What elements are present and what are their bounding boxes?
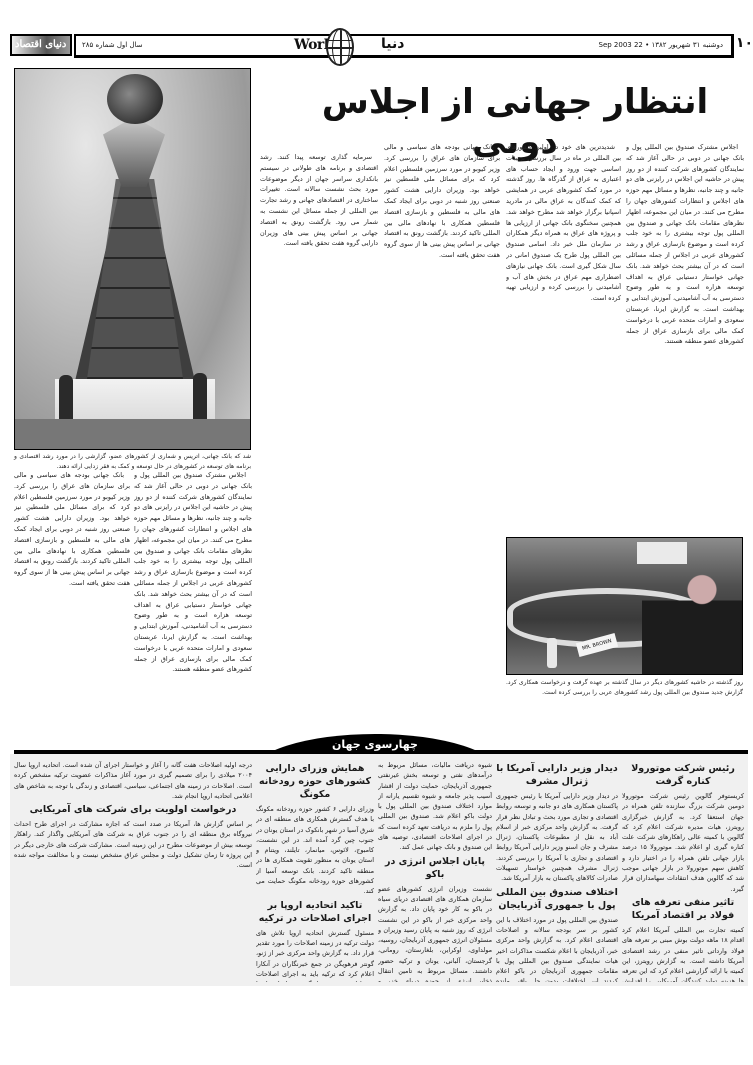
brief-subhead: تاکید اتحادیه اروپا بر اجرای اصلاحات در …	[256, 899, 374, 925]
brief-subhead: درخواست اولویت برای شرکت های آمریکایی	[14, 803, 252, 816]
projection-screen	[637, 542, 687, 564]
brief-body: شیوه دریافت مالیات، مسائل مربوط به درآمد…	[378, 760, 492, 853]
brief-headline: رئیس شرکت موتورولا کناره گرفت	[622, 762, 744, 788]
story-paragraph: شدیدترین های خود در اولین کشورهای بین ال…	[506, 142, 621, 304]
story-column-2: شدیدترین های خود در اولین کشورهای بین ال…	[506, 142, 621, 532]
brief-body: مسئول گسترش اتحادیه اروپا تلاش های دولت …	[256, 928, 374, 982]
masthead-bar: سال اول شماره ۲۸۵ World دنیا دوشنبه ۳۱ ش…	[74, 34, 734, 58]
photo2-caption: روز گذشته در حاشیه کشورهای دیگر در سال گ…	[506, 678, 743, 698]
water-bottle	[547, 638, 557, 668]
tower-photo	[14, 68, 251, 450]
story-paragraph: بانک جهانی بودجه های سیاسی و مالی برای س…	[14, 470, 130, 589]
brief-body: صندوق بین المللی پول در مورد اختلاف با ا…	[496, 915, 618, 982]
masthead: دنیای اقتصاد سال اول شماره ۲۸۵ World دنی…	[8, 34, 753, 58]
brief-column-3: شیوه دریافت مالیات، مسائل مربوط به درآمد…	[378, 760, 492, 982]
issue-number: سال اول شماره ۲۸۵	[82, 41, 143, 49]
story-column-3: بانک جهانی بودجه های سیاسی و مالی برای س…	[384, 142, 500, 732]
brief-subhead: پایان اجلاس انرژی در باکو	[378, 855, 492, 881]
worker-figure	[59, 375, 73, 423]
brief-headline: دیدار وزیر دارایی آمریکا با ژنرال مشرف	[496, 762, 618, 788]
story-column-4: سرمایه گذاری توسعه پیدا کنند. رشد اقتصاد…	[260, 152, 378, 732]
brief-body: کمیته تجارت بین المللی آمریکا اعلام کرد …	[622, 925, 744, 982]
section-title-fa: دنیا	[381, 36, 404, 52]
brief-subhead: تاثیر منفی تعرفه های فولاد بر اقتصاد آمر…	[622, 896, 744, 922]
tower-base	[55, 379, 215, 419]
page-number: ۱۰	[736, 35, 753, 51]
brief-body: در دیدار وزیر دارایی آمریکا با رئیس جمهو…	[496, 791, 618, 884]
worker-figure	[193, 373, 207, 421]
brief-column-2: دیدار وزیر دارایی آمریکا با ژنرال مشرف د…	[496, 760, 618, 982]
photo1-caption: شد که بانک جهانی، اتریس و شماری از کشوره…	[14, 452, 251, 472]
brief-column-4: همایش وزرای دارایی کشورهای حوزه رودخانه …	[256, 760, 374, 982]
brief-headline: همایش وزرای دارایی کشورهای حوزه رودخانه …	[256, 762, 374, 801]
brief-subhead: اختلاف صندوق بین المللی پول با جمهوری آذ…	[496, 886, 618, 912]
brief-column-5: درجه اولیه اصلاحات هفت گانه را آغاز و خو…	[14, 760, 252, 982]
story-paragraph: اجلاس مشترک صندوق بین المللی پول و بانک …	[134, 470, 252, 675]
story-paragraph: سرمایه گذاری توسعه پیدا کنند. رشد اقتصاد…	[260, 152, 378, 249]
tower-globe	[107, 74, 163, 124]
meeting-photo: MR. BROWN	[506, 537, 743, 675]
speaker-figure	[642, 568, 742, 675]
story-paragraph: بانک جهانی بودجه های سیاسی و مالی برای س…	[384, 142, 500, 261]
story-column-1: اجلاس مشترک صندوق بین المللی پول و بانک …	[626, 142, 744, 532]
logo-text: دنیای اقتصاد	[15, 39, 66, 50]
photo-ground	[15, 419, 250, 449]
story-column-5: اجلاس مشترک صندوق بین المللی پول و بانک …	[134, 470, 252, 732]
section-banner-title: چهارسوی جهان	[250, 738, 500, 751]
brief-body: کریستوفر گالوین رئیس شرکت موتورولا دومین…	[622, 791, 744, 894]
newspaper-logo: دنیای اقتصاد	[10, 34, 72, 56]
globe-icon	[326, 28, 354, 66]
brief-body: نشست وزیران انرژی کشورهای عضو سازمان همک…	[378, 884, 492, 982]
brief-body: درجه اولیه اصلاحات هفت گانه را آغاز و خو…	[14, 760, 252, 801]
brief-body: بر اساس گزارش ها، آمریکا در صدد است که ا…	[14, 819, 252, 870]
story-column-6: بانک جهانی بودجه های سیاسی و مالی برای س…	[14, 470, 130, 732]
story-paragraph: اجلاس مشترک صندوق بین المللی پول و بانک …	[626, 142, 744, 347]
brief-body: وزرای دارایی ۶ کشور حوزه رودخانه مکونگ ب…	[256, 804, 374, 897]
brief-column-1: رئیس شرکت موتورولا کناره گرفت کریستوفر گ…	[622, 760, 744, 982]
publication-date: دوشنبه ۳۱ شهریور ۱۳۸۲ • 22 Sep 2003	[599, 41, 724, 49]
